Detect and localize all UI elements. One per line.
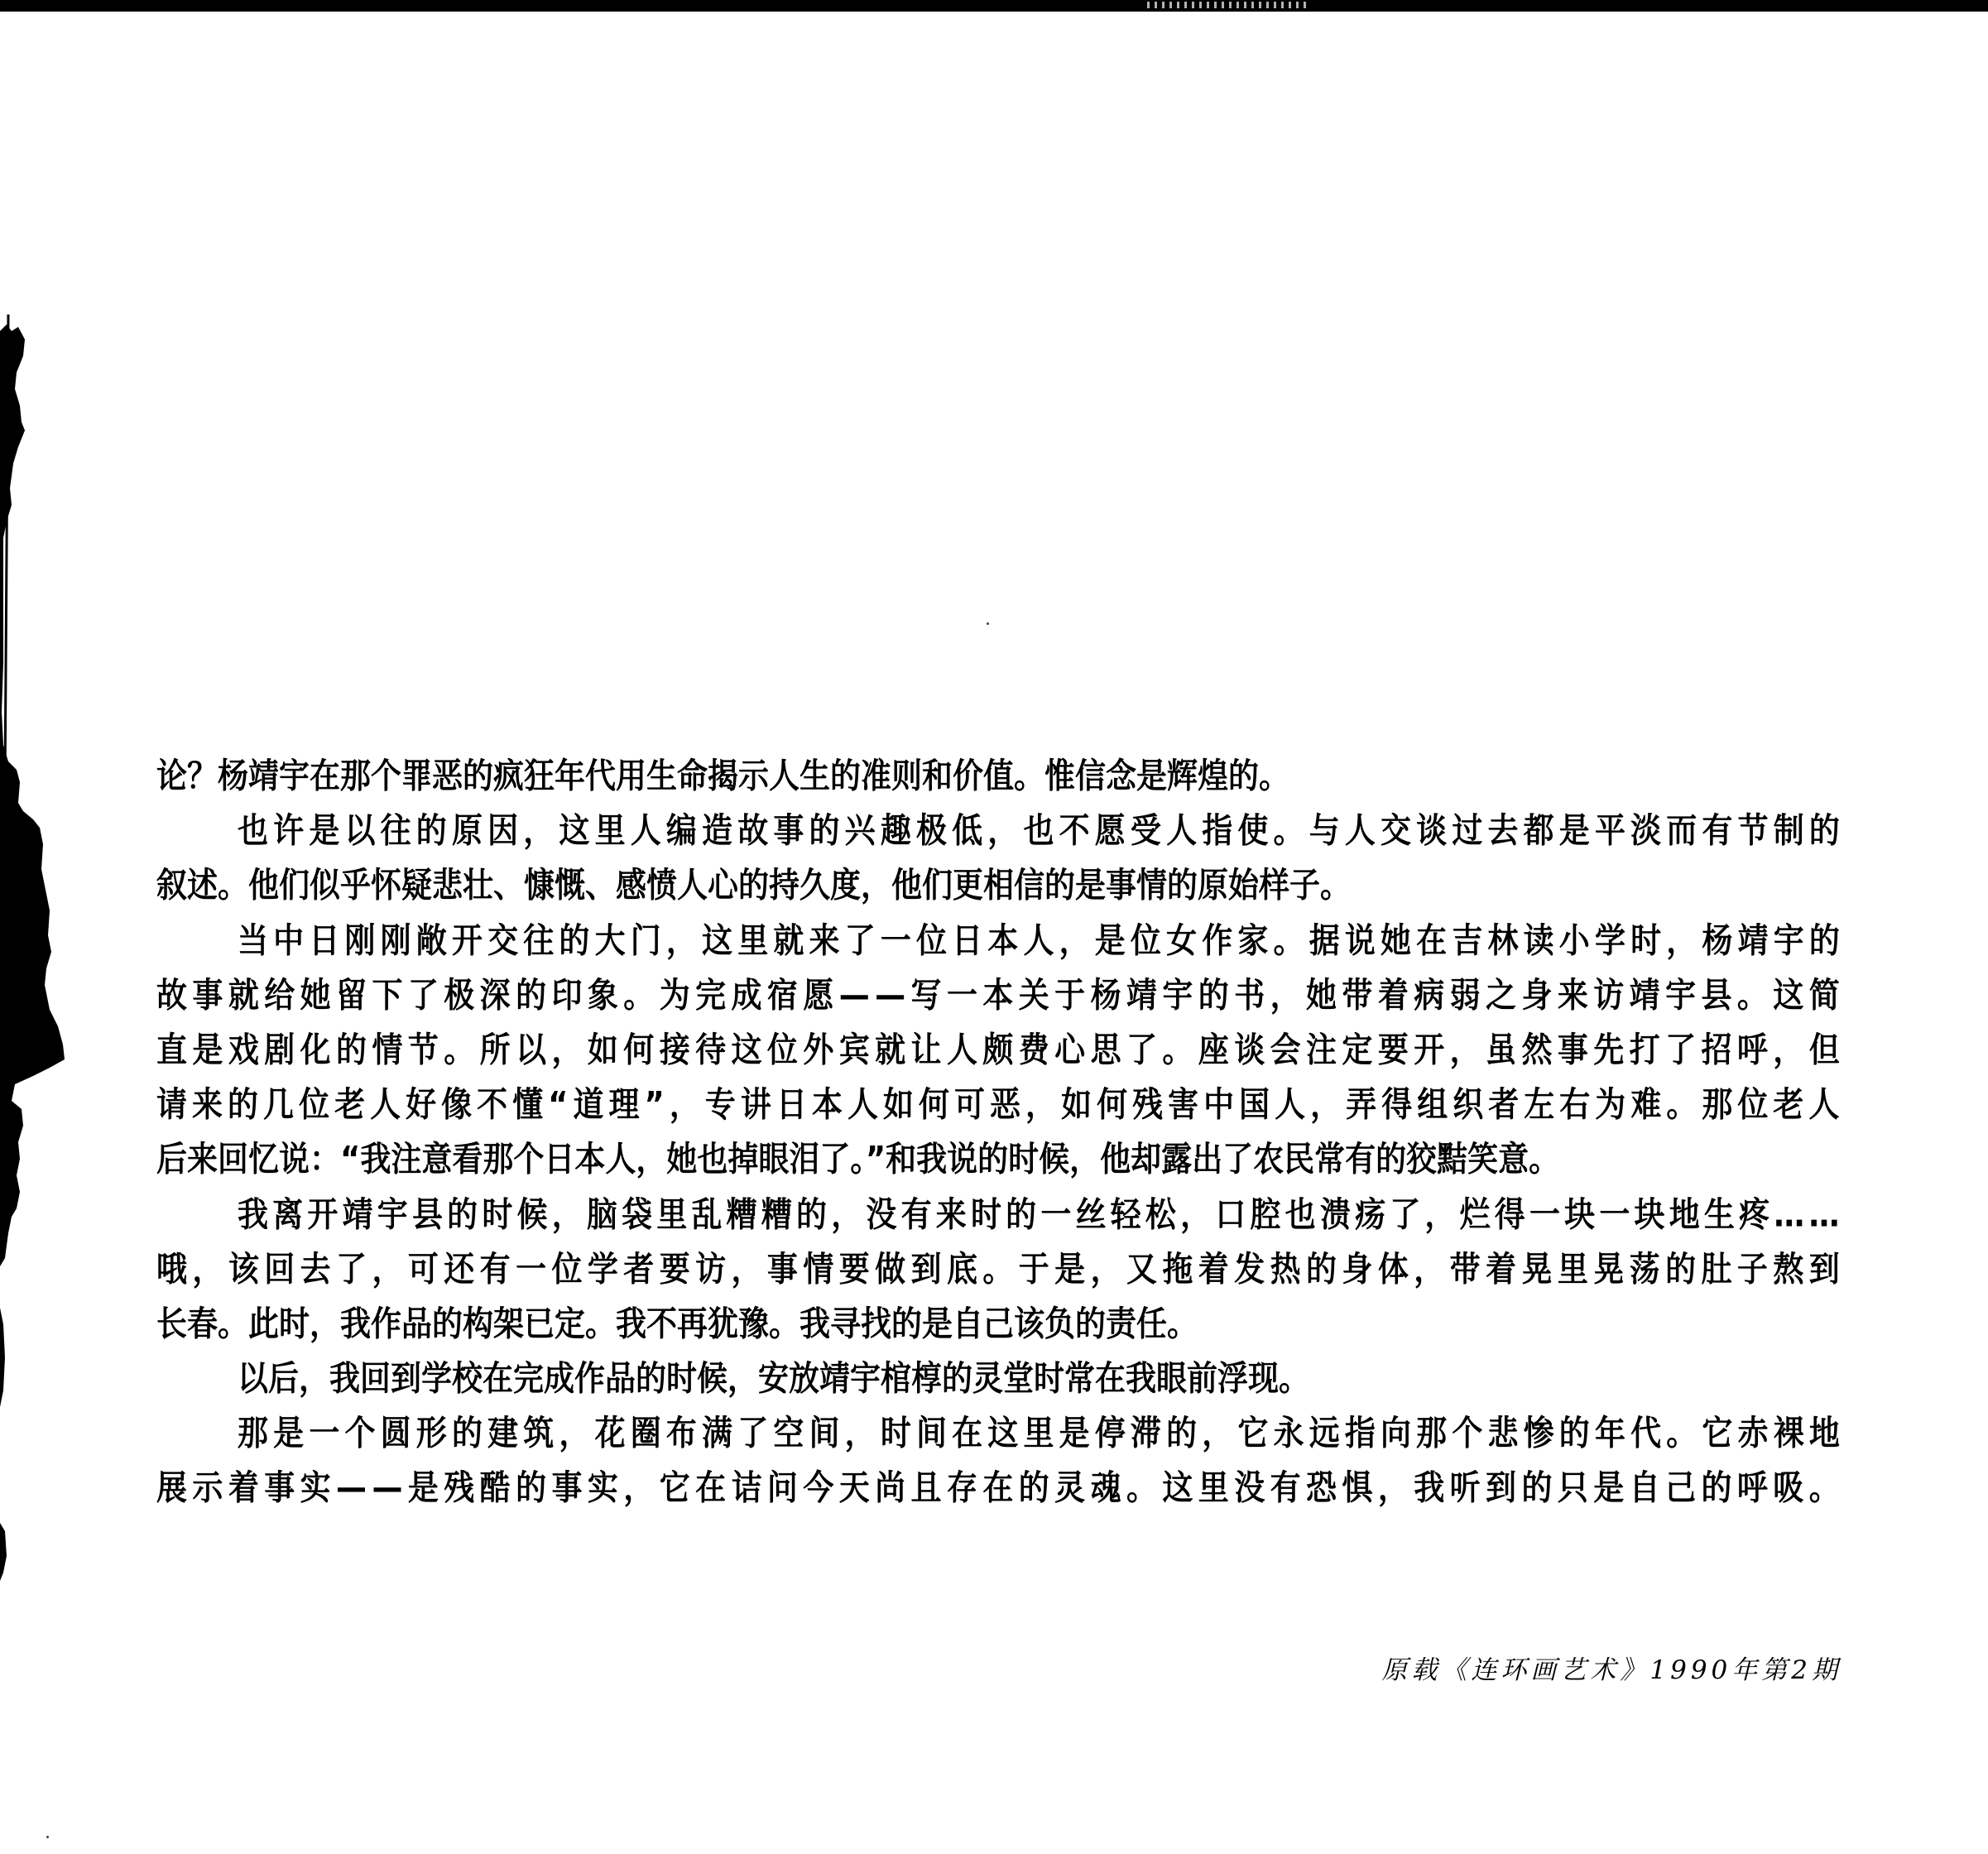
- text-glyph: 在: [952, 1403, 982, 1464]
- text-glyph: 杨: [1702, 910, 1732, 972]
- text-glyph: 难: [1630, 1074, 1661, 1136]
- text-glyph: 残: [444, 1458, 474, 1519]
- text-glyph: 老: [1773, 1074, 1803, 1136]
- text-glyph: 也: [1023, 800, 1054, 862]
- text-glyph: 烂: [1460, 1184, 1491, 1246]
- text-glyph: 都: [1524, 800, 1554, 862]
- text-glyph: 座: [1198, 1020, 1229, 1081]
- text-glyph: 以: [516, 1020, 546, 1081]
- text-line: 后来回忆说：“我注意看那个日本人，她也掉眼泪了。”和我说的时候，他却露出了农民常…: [156, 1129, 1840, 1190]
- text-glyph: 思: [1091, 1020, 1121, 1081]
- text-glyph: 待: [695, 1020, 726, 1081]
- text-glyph: ，: [1180, 1184, 1211, 1246]
- text-glyph: ，: [1414, 1239, 1444, 1300]
- text-glyph: 理: [609, 1074, 640, 1136]
- text-glyph: 受: [1131, 800, 1161, 862]
- text-glyph: 事: [264, 1458, 295, 1519]
- text-glyph: 是: [1059, 1403, 1090, 1464]
- text-glyph: 何: [1097, 1074, 1127, 1136]
- text-glyph: —: [336, 1458, 367, 1519]
- text-glyph: 情: [372, 1020, 402, 1081]
- text-glyph: 位: [767, 1020, 798, 1081]
- text-glyph: 本: [987, 910, 1018, 972]
- text-glyph: 裸: [1774, 1403, 1804, 1464]
- text-glyph: 日: [309, 910, 339, 972]
- text-glyph: 道: [574, 1074, 604, 1136]
- text-glyph: 是: [1559, 800, 1590, 862]
- text-glyph: 往: [523, 910, 554, 972]
- text-glyph: 学: [588, 1239, 618, 1300]
- text-glyph: 交: [487, 910, 518, 972]
- text-glyph: 一: [309, 1403, 339, 1464]
- text-glyph: 几: [263, 1074, 294, 1136]
- text-glyph: 而: [1666, 800, 1697, 862]
- text-glyph: 糟: [761, 1184, 792, 1246]
- text-glyph: 是: [1593, 1458, 1624, 1519]
- text-glyph: 它: [660, 1458, 690, 1519]
- text-glyph: 有: [901, 1184, 932, 1246]
- text-glyph: 弄: [1346, 1074, 1376, 1136]
- text-glyph: 还: [444, 1239, 474, 1300]
- text-glyph: 吸: [1773, 1458, 1803, 1519]
- text-glyph: 一: [1529, 1184, 1560, 1246]
- text-glyph: 虽: [1486, 1020, 1516, 1081]
- text-glyph: 日: [952, 910, 982, 972]
- text-line: 也许是以往的原因，这里人编造故事的兴趣极低，也不愿受人指使。与人交谈过去都是平淡…: [156, 800, 1840, 862]
- text-glyph: 轻: [1111, 1184, 1141, 1246]
- text-glyph: 到: [1809, 1239, 1840, 1300]
- text-glyph: —: [839, 965, 870, 1026]
- text-glyph: 与: [1309, 800, 1340, 862]
- text-glyph: 离: [272, 1184, 303, 1246]
- text-glyph: ，: [1059, 910, 1090, 972]
- text-glyph: 这: [1162, 1458, 1193, 1519]
- text-glyph: 时: [971, 1184, 1001, 1246]
- text-glyph: 造: [702, 800, 732, 862]
- text-glyph: 天: [839, 1458, 870, 1519]
- text-glyph: 的: [1559, 1403, 1590, 1464]
- text-glyph: 了: [1126, 1020, 1157, 1081]
- text-glyph: 是: [309, 800, 339, 862]
- text-line: 论？杨靖宇在那个罪恶的疯狂年代用生命揭示人生的准则和价值。惟信念是辉煌的。: [156, 746, 1840, 807]
- text-glyph: 宇: [377, 1184, 408, 1246]
- text-glyph: 得: [1381, 1074, 1412, 1136]
- text-glyph: 该: [228, 1239, 259, 1300]
- text-glyph: 兴: [845, 800, 876, 862]
- text-glyph: 永: [1274, 1403, 1304, 1464]
- text-glyph: 今: [803, 1458, 833, 1519]
- text-glyph: 布: [666, 1403, 697, 1464]
- text-glyph: 者: [1488, 1074, 1519, 1136]
- text-glyph: 身: [1342, 1239, 1372, 1300]
- scan-speckle: [1142, 2, 1308, 8]
- text-glyph: 国: [1239, 1074, 1270, 1136]
- text-glyph: 向: [1381, 1403, 1411, 1464]
- text-glyph: 病: [1414, 965, 1444, 1026]
- text-glyph: 那: [238, 1403, 268, 1464]
- text-line: 我离开靖宇县的时候，脑袋里乱糟糟的，没有来时的一丝轻松，口腔也溃疡了，烂得一块一…: [156, 1184, 1840, 1246]
- text-glyph: 何: [919, 1074, 949, 1136]
- text-glyph: 事: [773, 800, 804, 862]
- text-glyph: 象: [588, 965, 618, 1026]
- text-glyph: 让: [911, 1020, 942, 1081]
- text-glyph: 是: [1095, 910, 1126, 972]
- text-glyph: 的: [1306, 1239, 1337, 1300]
- text-line: 那是一个圆形的建筑，花圈布满了空间，时间在这里是停滞的，它永远指向那个悲惨的年代…: [156, 1403, 1840, 1464]
- text-glyph: 人: [631, 800, 661, 862]
- text-glyph: 位: [1737, 1074, 1768, 1136]
- text-glyph: 极: [444, 965, 474, 1026]
- text-glyph: 了: [336, 1239, 367, 1300]
- text-glyph: 位: [1131, 910, 1161, 972]
- text-glyph: 可: [408, 1239, 439, 1300]
- text-glyph: 日: [776, 1074, 807, 1136]
- text-glyph: 且: [911, 1458, 942, 1519]
- text-glyph: 的: [1198, 965, 1229, 1026]
- text-glyph: 脑: [587, 1184, 617, 1246]
- text-glyph: 个: [344, 1403, 375, 1464]
- text-glyph: 靖: [1126, 965, 1157, 1026]
- text-glyph: 来: [192, 1074, 223, 1136]
- text-glyph: 示: [192, 1458, 223, 1519]
- text-glyph: 腔: [1250, 1184, 1280, 1246]
- text-glyph: 人: [1345, 800, 1376, 862]
- text-glyph: 情: [803, 1239, 833, 1300]
- text-glyph: 实: [300, 1458, 331, 1519]
- text-glyph: 事: [551, 1458, 582, 1519]
- text-glyph: 位: [551, 1239, 582, 1300]
- text-glyph: 人: [848, 1074, 878, 1136]
- text-glyph: 身: [1521, 965, 1552, 1026]
- text-glyph: ，: [1025, 1074, 1056, 1136]
- text-glyph: 也: [238, 800, 268, 862]
- text-glyph: 的: [516, 965, 546, 1026]
- text-glyph: 谈: [1234, 1020, 1265, 1081]
- text-line: 请来的几位老人好像不懂“道理”，专讲日本人如何可恶，如何残害中国人，弄得组织者左…: [156, 1074, 1840, 1136]
- text-glyph: 去: [300, 1239, 331, 1300]
- text-glyph: 往: [381, 800, 411, 862]
- text-glyph: 里: [656, 1184, 687, 1246]
- text-glyph: 了: [1390, 1184, 1420, 1246]
- text-glyph: 的: [416, 800, 447, 862]
- text-glyph: 在: [982, 1458, 1013, 1519]
- text-glyph: 一: [516, 1239, 546, 1300]
- text-glyph: 时: [881, 1403, 911, 1464]
- text-glyph: 来: [809, 910, 840, 972]
- text-glyph: 疼: [1739, 1184, 1770, 1246]
- text-glyph: 拖: [1162, 1239, 1193, 1300]
- text-glyph: 的: [1665, 1239, 1696, 1300]
- text-glyph: 害: [1168, 1074, 1198, 1136]
- text-glyph: 专: [705, 1074, 736, 1136]
- text-glyph: 个: [1452, 1403, 1482, 1464]
- text-glyph: 满: [702, 1403, 732, 1464]
- text-glyph: 这: [1773, 965, 1803, 1026]
- text-glyph: 宾: [839, 1020, 870, 1081]
- text-glyph: 老: [334, 1074, 365, 1136]
- text-glyph: 我: [1414, 1458, 1444, 1519]
- text-glyph: 着: [228, 1458, 259, 1519]
- text-glyph: 代: [1630, 1403, 1661, 1464]
- text-glyph: ，: [1091, 1239, 1121, 1300]
- text-glyph: 许: [273, 800, 304, 862]
- text-glyph: 会: [1270, 1020, 1301, 1081]
- text-glyph: 。: [982, 1239, 1013, 1300]
- text-glyph: 的: [228, 1074, 258, 1136]
- text-glyph: 愿: [1095, 800, 1126, 862]
- text-glyph: 。: [444, 1020, 474, 1081]
- text-glyph: 者: [623, 1239, 654, 1300]
- text-glyph: 底: [947, 1239, 977, 1300]
- text-glyph: 来: [1558, 965, 1588, 1026]
- text-glyph: 块: [1635, 1184, 1665, 1246]
- text-glyph: 大: [595, 910, 626, 972]
- text-glyph: 生: [1704, 1184, 1735, 1246]
- text-glyph: 编: [666, 800, 697, 862]
- text-glyph: 。: [1274, 910, 1304, 972]
- text-glyph: 溃: [1320, 1184, 1351, 1246]
- text-glyph: 一: [947, 965, 977, 1026]
- text-glyph: 她: [1381, 910, 1411, 972]
- text-glyph: 时: [482, 1184, 512, 1246]
- text-glyph: 门: [631, 910, 661, 972]
- text-glyph: 的: [516, 1458, 546, 1519]
- text-glyph: 人: [947, 1020, 977, 1081]
- text-glyph: 本: [812, 1074, 843, 1136]
- text-line: 长春。此时，我作品的构架已定。我不再犹豫。我寻找的是自己该负的责任。: [156, 1294, 1840, 1355]
- text-glyph: 候: [517, 1184, 548, 1246]
- text-glyph: 的: [452, 1403, 483, 1464]
- text-glyph: 魂: [1091, 1458, 1121, 1519]
- text-glyph: 故: [737, 800, 768, 862]
- text-glyph: 家: [1237, 910, 1268, 972]
- text-glyph: 简: [1809, 965, 1840, 1026]
- text-glyph: ，: [1450, 1020, 1481, 1081]
- text-glyph: 我: [238, 1184, 268, 1246]
- text-glyph: 实: [588, 1458, 618, 1519]
- scan-dot: [987, 622, 989, 625]
- text-glyph: 定: [1342, 1020, 1372, 1081]
- text-glyph: 呼: [1737, 1020, 1768, 1081]
- text-glyph: 。: [1737, 965, 1768, 1026]
- text-glyph: 就: [875, 1020, 905, 1081]
- text-glyph: 里: [595, 800, 626, 862]
- text-glyph: 的: [447, 1184, 478, 1246]
- text-glyph: 懂: [512, 1074, 543, 1136]
- text-glyph: 它: [1237, 1403, 1268, 1464]
- text-glyph: 的: [1521, 1458, 1552, 1519]
- text-glyph: ，: [1424, 1184, 1455, 1246]
- text-glyph: 恐: [1306, 1458, 1337, 1519]
- text-glyph: ”: [645, 1074, 665, 1136]
- text-glyph: 到: [911, 1239, 942, 1300]
- text-glyph: 自: [1630, 1458, 1660, 1519]
- text-glyph: 一: [1599, 1184, 1630, 1246]
- text-glyph: 人: [1275, 1074, 1305, 1136]
- text-glyph: 县: [412, 1184, 443, 1246]
- text-glyph: 她: [1306, 965, 1337, 1026]
- text-glyph: 晃: [1593, 1239, 1624, 1300]
- text-glyph: 惨: [1524, 1403, 1554, 1464]
- text-glyph: 没: [1234, 1458, 1265, 1519]
- text-glyph: 然: [1521, 1020, 1552, 1081]
- text-glyph: 敞: [416, 910, 447, 972]
- text-glyph: 尚: [875, 1458, 905, 1519]
- text-glyph: 停: [1095, 1403, 1126, 1464]
- text-glyph: 口: [1215, 1184, 1246, 1246]
- text-glyph: 如: [1061, 1074, 1092, 1136]
- text-glyph: 完: [695, 965, 726, 1026]
- text-glyph: 下: [372, 965, 402, 1026]
- text-glyph: 间: [916, 1403, 947, 1464]
- text-glyph: 。: [1666, 1074, 1697, 1136]
- text-glyph: ，: [372, 1239, 402, 1300]
- text-glyph: 肚: [1701, 1239, 1731, 1300]
- text-glyph: 学: [1595, 910, 1625, 972]
- text-glyph: —: [372, 1458, 402, 1519]
- text-glyph: 留: [336, 965, 367, 1026]
- text-glyph: ，: [845, 1403, 876, 1464]
- text-glyph: ，: [552, 1184, 583, 1246]
- text-glyph: 这: [702, 910, 732, 972]
- text-glyph: 印: [551, 965, 582, 1026]
- text-glyph: 戏: [228, 1020, 259, 1081]
- text-glyph: 里: [1023, 1403, 1054, 1464]
- text-glyph: 书: [1234, 965, 1265, 1026]
- text-glyph: 时: [1630, 910, 1661, 972]
- text-glyph: 圈: [631, 1403, 661, 1464]
- text-glyph: 来: [936, 1184, 967, 1246]
- text-glyph: 为: [660, 965, 690, 1026]
- text-glyph: 为: [1595, 1074, 1625, 1136]
- text-glyph: 访: [695, 1239, 726, 1300]
- text-glyph: 开: [1414, 1020, 1444, 1081]
- text-glyph: 作: [1202, 910, 1232, 972]
- text-glyph: 糟: [727, 1184, 757, 1246]
- text-glyph: 这: [559, 800, 589, 862]
- text-glyph: 荡: [1630, 1239, 1660, 1300]
- text-glyph: 听: [1450, 1458, 1481, 1519]
- text-glyph: 像: [441, 1074, 472, 1136]
- text-glyph: …: [1808, 1184, 1839, 1246]
- text-glyph: 极: [916, 800, 947, 862]
- text-glyph: 过: [1452, 800, 1482, 862]
- text-glyph: 原: [452, 800, 483, 862]
- text-glyph: 灵: [1054, 1458, 1085, 1519]
- text-glyph: 事: [767, 1239, 798, 1300]
- text-glyph: 的: [1809, 910, 1840, 972]
- text-glyph: 因: [487, 800, 518, 862]
- text-glyph: 招: [1701, 1020, 1731, 1081]
- text-glyph: 在: [1416, 910, 1447, 972]
- text-glyph: 疡: [1355, 1184, 1385, 1246]
- text-glyph: 制: [1774, 800, 1804, 862]
- text-glyph: 存: [947, 1458, 977, 1519]
- text-glyph: 了: [845, 910, 876, 972]
- text-glyph: 靖: [343, 1184, 373, 1246]
- text-glyph: 位: [916, 910, 947, 972]
- text-glyph: 说: [1345, 910, 1376, 972]
- text-glyph: 先: [1593, 1020, 1624, 1081]
- article-body: 论？杨靖宇在那个罪恶的疯狂年代用生命揭示人生的准则和价值。惟信念是辉煌的。 也许…: [156, 749, 1840, 1516]
- text-glyph: 乱: [691, 1184, 722, 1246]
- text-glyph: 颇: [982, 1020, 1013, 1081]
- text-glyph: 又: [1126, 1239, 1157, 1300]
- text-glyph: 接: [660, 1020, 690, 1081]
- text-glyph: 那: [1416, 1403, 1447, 1464]
- text-glyph: 空: [773, 1403, 804, 1464]
- text-glyph: 费: [1019, 1020, 1049, 1081]
- text-glyph: 滞: [1131, 1403, 1161, 1464]
- text-glyph: 有: [1702, 800, 1732, 862]
- text-glyph: 着: [1378, 965, 1409, 1026]
- text-glyph: 的: [1019, 1458, 1049, 1519]
- text-glyph: …: [1774, 1184, 1804, 1246]
- text-glyph: 赤: [1738, 1403, 1769, 1464]
- text-glyph: 是: [273, 1403, 304, 1464]
- text-glyph: 着: [1486, 1239, 1516, 1300]
- text-glyph: ，: [732, 1239, 762, 1300]
- text-glyph: 宇: [1665, 965, 1696, 1026]
- text-glyph: 了: [408, 965, 439, 1026]
- text-glyph: 县: [1701, 965, 1731, 1026]
- scan-left-edge-shadow: [0, 0, 74, 1854]
- text-glyph: 是: [408, 1458, 439, 1519]
- text-glyph: 里: [737, 910, 768, 972]
- text-glyph: 地: [1669, 1184, 1700, 1246]
- text-glyph: 趣: [881, 800, 911, 862]
- text-glyph: 体: [1378, 1239, 1409, 1300]
- text-glyph: 一: [881, 910, 911, 972]
- text-glyph: ，: [1202, 1403, 1232, 1464]
- text-glyph: ，: [551, 1020, 582, 1081]
- text-glyph: 指: [1345, 1403, 1376, 1464]
- text-glyph: ，: [523, 800, 554, 862]
- text-glyph: 的: [1166, 1403, 1197, 1464]
- text-glyph: 开: [452, 910, 483, 972]
- text-glyph: ，: [559, 1403, 589, 1464]
- text-glyph: 低: [952, 800, 982, 862]
- text-glyph: 远: [1309, 1403, 1340, 1464]
- text-glyph: 得: [1495, 1184, 1525, 1246]
- text-glyph: 中: [273, 910, 304, 972]
- text-glyph: ，: [1378, 1458, 1409, 1519]
- text-glyph: 不: [1059, 800, 1090, 862]
- text-line: 哦，该回去了，可还有一位学者要访，事情要做到底。于是，又拖着发热的身体，带着晃里…: [156, 1239, 1840, 1300]
- text-glyph: 。: [1126, 1458, 1157, 1519]
- text-glyph: 访: [1593, 965, 1624, 1026]
- text-glyph: 间: [809, 1403, 840, 1464]
- text-glyph: 是: [1054, 1239, 1085, 1300]
- text-glyph: 故: [156, 965, 187, 1026]
- text-glyph: ，: [831, 1184, 862, 1246]
- text-line: 以后，我回到学校在完成作品的时候，安放靖宇棺椁的灵堂时常在我眼前浮现。: [156, 1348, 1840, 1410]
- text-glyph: 热: [1270, 1239, 1301, 1300]
- text-glyph: 关: [1019, 965, 1049, 1026]
- text-glyph: ，: [987, 800, 1018, 862]
- text-glyph: 松: [1145, 1184, 1176, 1246]
- text-glyph: 如: [883, 1074, 914, 1136]
- text-glyph: 于: [1054, 965, 1085, 1026]
- text-glyph: 就: [773, 910, 804, 972]
- text-glyph: —: [875, 965, 905, 1026]
- text-glyph: 以: [344, 800, 375, 862]
- text-glyph: 讲: [741, 1074, 771, 1136]
- text-glyph: ，: [1310, 1074, 1341, 1136]
- text-glyph: 圆: [381, 1403, 411, 1464]
- text-glyph: 刚: [381, 910, 411, 972]
- text-glyph: 人: [1023, 910, 1054, 972]
